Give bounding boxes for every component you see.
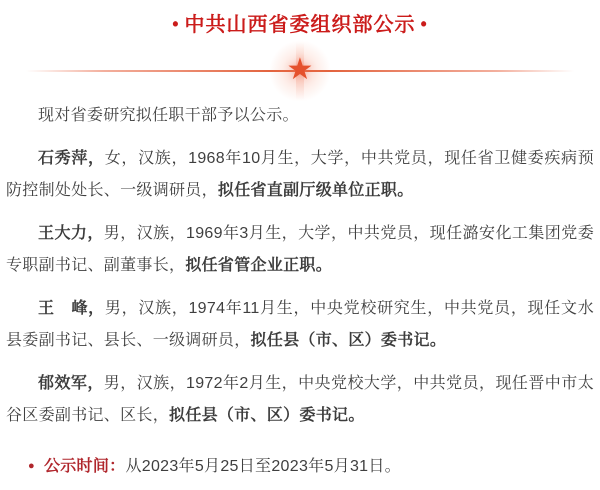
official-name: 郁效军， xyxy=(38,375,104,392)
notice-label: 公示时间： xyxy=(44,458,126,475)
official-name: 石秀萍， xyxy=(38,150,105,167)
official-appointment: 拟任县（市、区）委书记。 xyxy=(169,407,365,424)
official-paragraph: 王 峰，男，汉族，1974年11月生，中央党校研究生，中共党员，现任文水县委副书… xyxy=(6,293,594,357)
page-title-text: 中共山西省委组织部公示 xyxy=(185,14,416,36)
star-divider: ★ xyxy=(6,54,594,88)
title-bullet-right-icon: • xyxy=(421,14,428,34)
page-title: •中共山西省委组织部公示• xyxy=(6,13,594,36)
official-appointment: 拟任省管企业正职。 xyxy=(185,257,332,274)
star-icon: ★ xyxy=(287,55,314,85)
official-paragraph: 石秀萍，女，汉族，1968年10月生，大学，中共党员，现任省卫健委疾病预防控制处… xyxy=(6,143,594,207)
official-appointment: 拟任县（市、区）委书记。 xyxy=(251,332,447,349)
official-paragraph: 王大力，男，汉族，1969年3月生，大学，中共党员，现任潞安化工集团党委专职副书… xyxy=(6,218,594,282)
bullet-icon: ● xyxy=(28,460,35,472)
official-name: 王 峰， xyxy=(38,300,105,317)
officials-list: 石秀萍，女，汉族，1968年10月生，大学，中共党员，现任省卫健委疾病预防控制处… xyxy=(6,143,594,432)
intro-paragraph: 现对省委研究拟任职干部予以公示。 xyxy=(6,100,594,132)
notice-value: 从2023年5月25日至2023年5月31日。 xyxy=(125,458,400,475)
official-paragraph: 郁效军，男，汉族，1972年2月生，中央党校大学，中共党员，现任晋中市太谷区委副… xyxy=(6,368,594,432)
announcement-page: •中共山西省委组织部公示• ★ 现对省委研究拟任职干部予以公示。 石秀萍，女，汉… xyxy=(0,0,600,490)
official-appointment: 拟任省直副厅级单位正职。 xyxy=(218,182,414,199)
official-name: 王大力， xyxy=(38,225,104,242)
announcement-body: 现对省委研究拟任职干部予以公示。 石秀萍，女，汉族，1968年10月生，大学，中… xyxy=(6,100,594,432)
title-bullet-left-icon: • xyxy=(172,14,179,34)
notice-line: ●公示时间：从2023年5月25日至2023年5月31日。 xyxy=(6,450,594,483)
